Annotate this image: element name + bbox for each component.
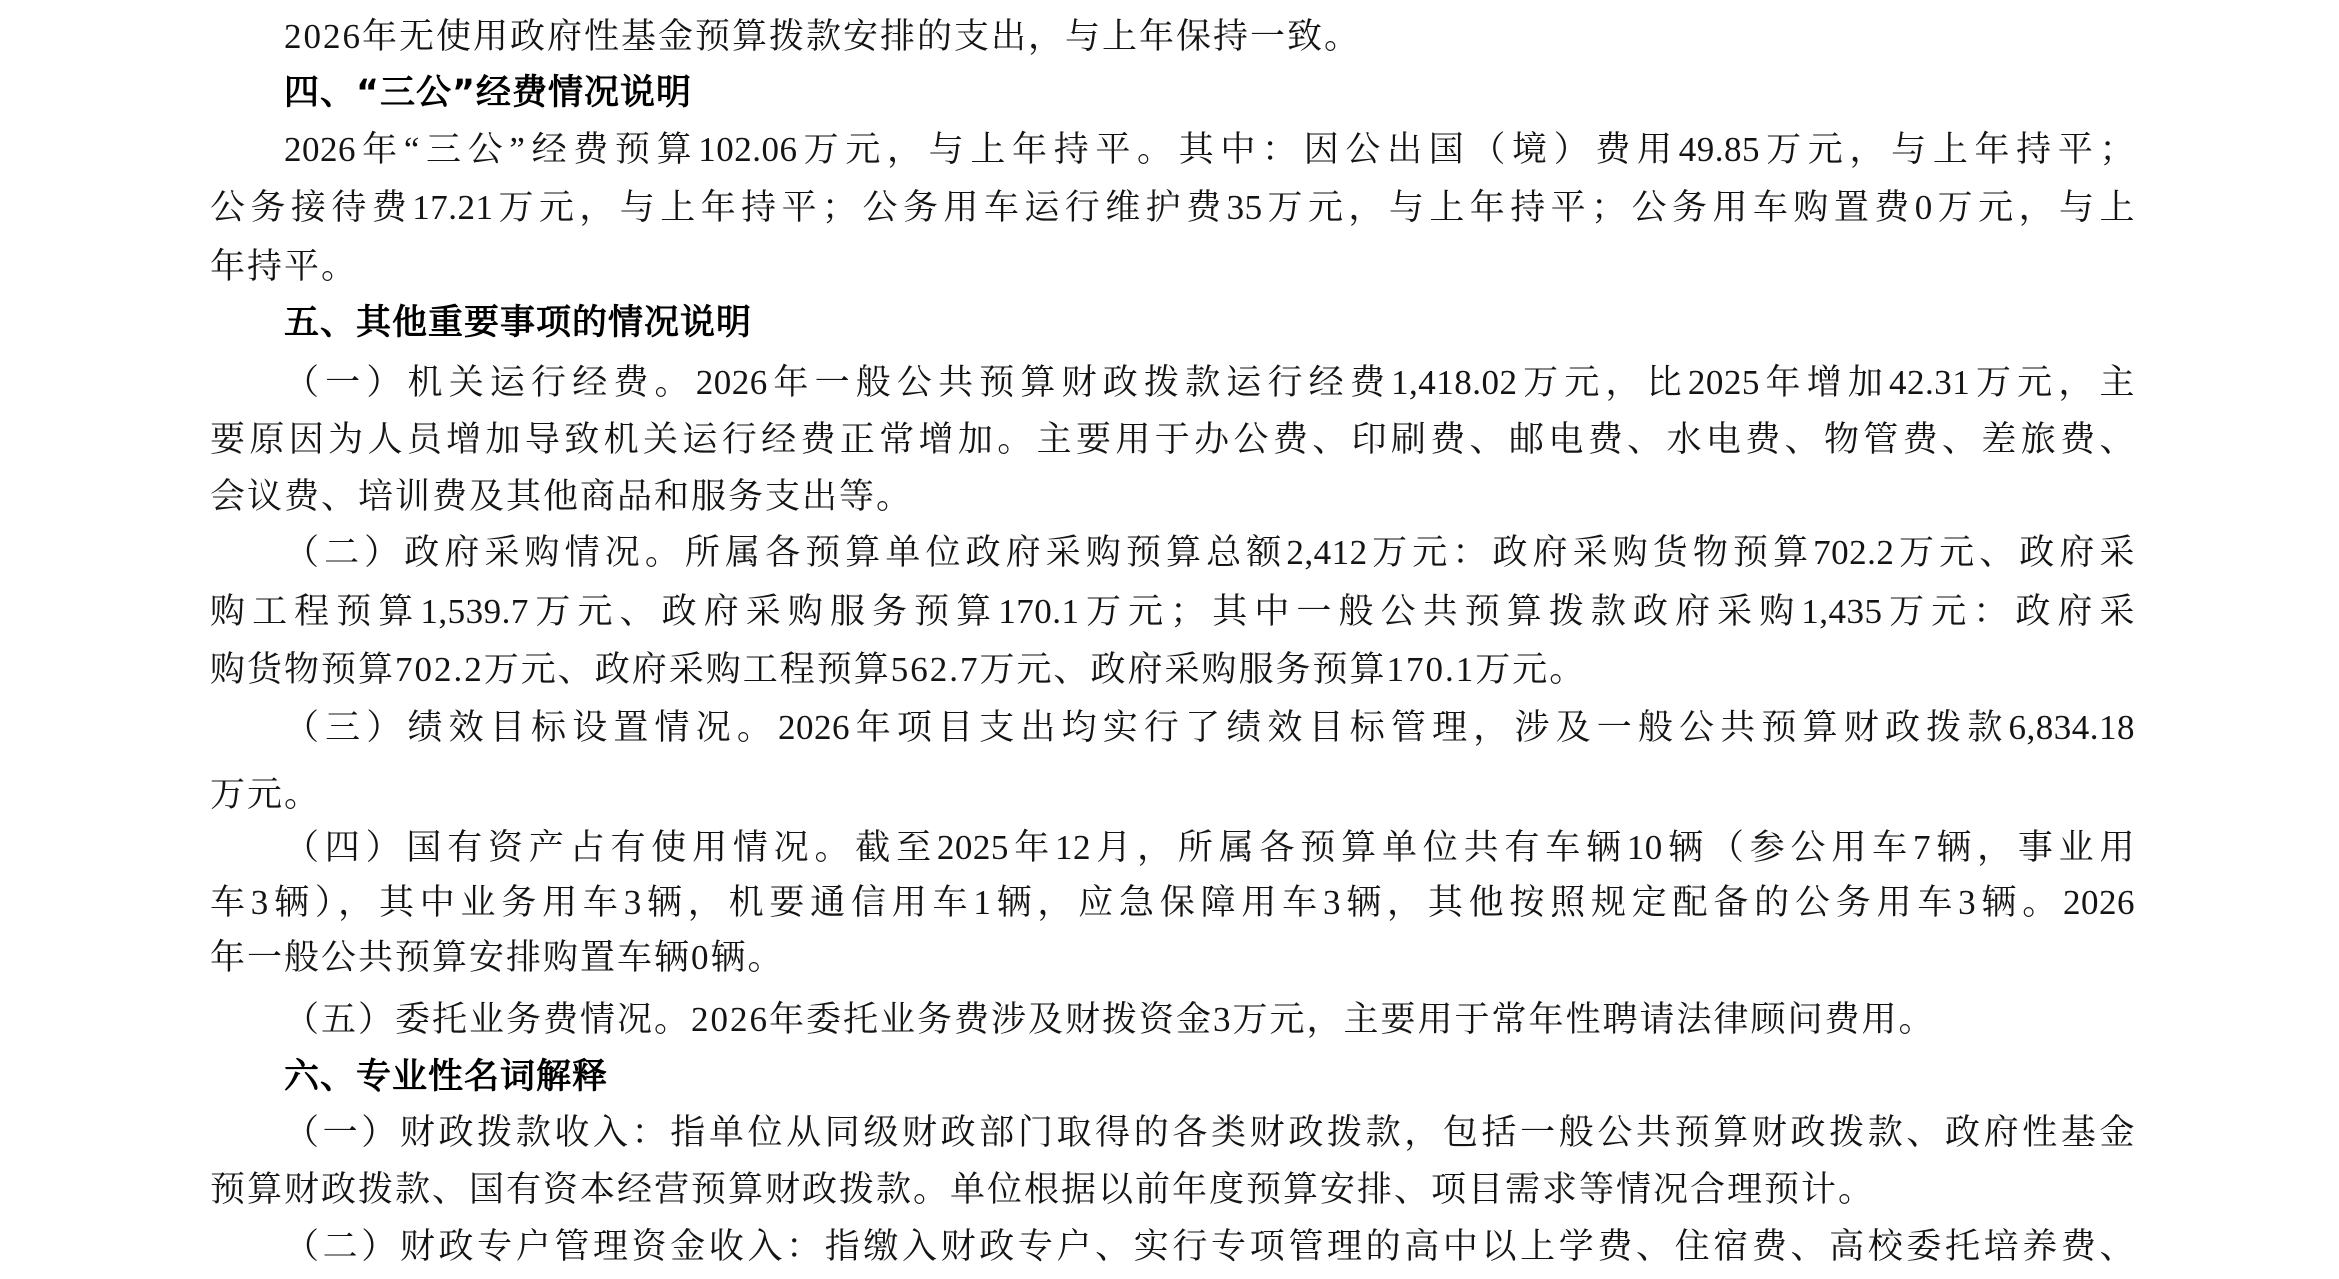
paragraph-line-performance: （三）绩效目标设置情况。2026年项目支出均实行了绩效目标管理，涉及一般公共预算… [284,703,2135,753]
paragraph-line: 车3辆），其中业务用车3辆，机要通信用车1辆，应急保障用车3辆，其他按照规定配备… [210,878,2135,928]
paragraph-line: 会议费、培训费及其他商品和服务支出等。 [210,472,2135,522]
paragraph-line-entrusted-fee: （五）委托业务费情况。2026年委托业务费涉及财拨资金3万元，主要用于常年性聘请… [284,995,2135,1045]
document-page: 2026年无使用政府性基金预算拨款安排的支出，与上年保持一致。 四、“三公”经费… [0,0,2339,1279]
paragraph-line-fiscal-appropriation: （一）财政拨款收入：指单位从同级财政部门取得的各类财政拨款，包括一般公共预算财政… [284,1108,2135,1158]
section-heading-six: 六、专业性名词解释 [284,1052,2135,1102]
paragraph-line-operating-expense: （一）机关运行经费。2026年一般公共预算财政拨款运行经费1,418.02万元，… [284,358,2135,408]
section-heading-five: 五、其他重要事项的情况说明 [284,298,2135,348]
paragraph-line: 万元。 [210,770,2135,820]
paragraph-line: 购工程预算1,539.7万元、政府采购服务预算170.1万元；其中一般公共预算拨… [210,587,2135,637]
paragraph-line: 要原因为人员增加导致机关运行经费正常增加。主要用于办公费、印刷费、邮电费、水电费… [210,415,2135,465]
paragraph-line: 公务接待费17.21万元，与上年持平；公务用车运行维护费35万元，与上年持平；公… [210,183,2135,233]
paragraph-line-procurement: （二）政府采购情况。所属各预算单位政府采购预算总额2,412万元：政府采购货物预… [284,528,2135,578]
paragraph-line: 2026年无使用政府性基金预算拨款安排的支出，与上年保持一致。 [284,12,2135,62]
paragraph-line: 年一般公共预算安排购置车辆0辆。 [210,933,2135,983]
paragraph-line: 预算财政拨款、国有资本经营预算财政拨款。单位根据以前年度预算安排、项目需求等情况… [210,1165,2135,1215]
section-heading-four: 四、“三公”经费情况说明 [284,68,2135,118]
paragraph-line-special-account: （二）财政专户管理资金收入：指缴入财政专户、实行专项管理的高中以上学费、住宿费、… [284,1222,2135,1272]
paragraph-line: 2026年“三公”经费预算102.06万元，与上年持平。其中：因公出国（境）费用… [284,125,2135,175]
paragraph-line: 购货物预算702.2万元、政府采购工程预算562.7万元、政府采购服务预算170… [210,645,2135,695]
paragraph-line-state-assets: （四）国有资产占有使用情况。截至2025年12月，所属各预算单位共有车辆10辆（… [284,823,2135,873]
paragraph-line: 年持平。 [210,242,2135,292]
